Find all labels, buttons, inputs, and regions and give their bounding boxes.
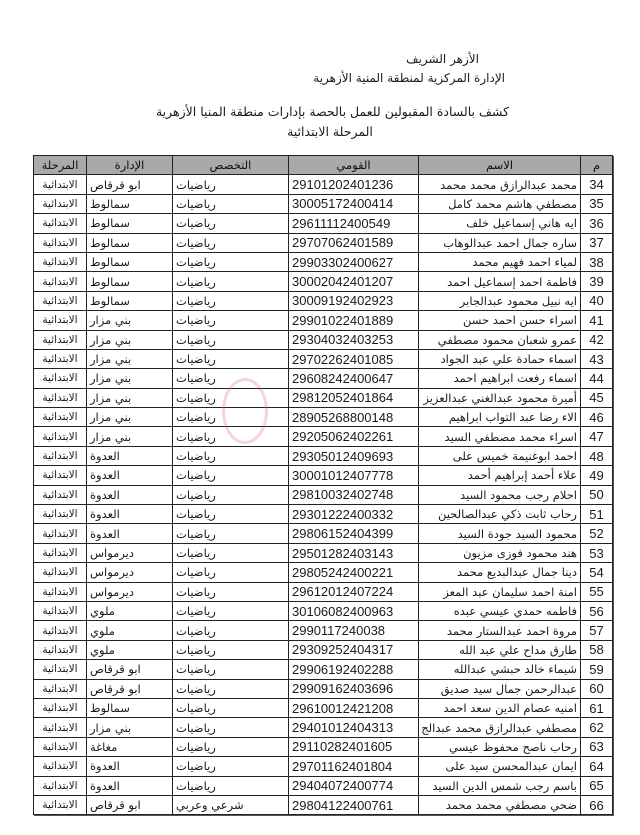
- cell-name: عبدالرحمن جمال سيد صديق: [419, 679, 581, 698]
- accepted-candidates-table: م الاسم القومي التخصص الإدارة المرحلة 34…: [33, 155, 613, 815]
- cell-name: اسماء رفعت ابراهيم احمد: [419, 369, 581, 388]
- cell-num: 52: [581, 524, 613, 543]
- table-row: 62مصطفي عبدالرازق محمد عبدالج29401012404…: [34, 718, 613, 737]
- cell-administration: بني مزار: [87, 718, 173, 737]
- cell-specialization: رياضيات: [173, 311, 289, 330]
- cell-stage: الابتدائية: [34, 369, 87, 388]
- cell-num: 35: [581, 194, 613, 213]
- cell-name: ايمان عبدالمحسن سيد على: [419, 757, 581, 776]
- cell-administration: سمالوط: [87, 233, 173, 252]
- cell-specialization: رياضيات: [173, 621, 289, 640]
- cell-stage: الابتدائية: [34, 795, 87, 814]
- cell-name: شيماء خالد حبشي عبدالله: [419, 660, 581, 679]
- cell-stage: الابتدائية: [34, 543, 87, 562]
- cell-specialization: رياضيات: [173, 272, 289, 291]
- cell-name: دينا جمال عبدالبديع محمد: [419, 563, 581, 582]
- org-department: الإدارة المركزية لمنطقة المنية الأزهرية: [313, 69, 505, 88]
- cell-num: 48: [581, 446, 613, 465]
- cell-stage: الابتدائية: [34, 718, 87, 737]
- cell-name: ساره جمال احمد عبدالوهاب: [419, 233, 581, 252]
- cell-name: محمود السيد جودة السيد: [419, 524, 581, 543]
- cell-stage: الابتدائية: [34, 252, 87, 271]
- table-row: 56فاطمه حمدي عيسي عبده30106082400963رياض…: [34, 601, 613, 620]
- cell-administration: العدوة: [87, 446, 173, 465]
- cell-specialization: رياضيات: [173, 660, 289, 679]
- cell-num: 44: [581, 369, 613, 388]
- cell-specialization: رياضيات: [173, 214, 289, 233]
- cell-specialization: رياضيات: [173, 485, 289, 504]
- cell-national-id: 29110282401605: [289, 737, 419, 756]
- cell-national-id: 30001012407778: [289, 466, 419, 485]
- table-row: 49علاء أحمد إبراهيم أحمد30001012407778ري…: [34, 466, 613, 485]
- cell-stage: الابتدائية: [34, 776, 87, 795]
- cell-name: لمياء احمد فهيم محمد: [419, 252, 581, 271]
- table-row: 39فاطمة احمد إسماعيل احمد30002042401207ر…: [34, 272, 613, 291]
- cell-num: 66: [581, 795, 613, 814]
- cell-specialization: شرعي وعربي: [173, 795, 289, 814]
- cell-name: فاطمة احمد إسماعيل احمد: [419, 272, 581, 291]
- cell-administration: العدوة: [87, 776, 173, 795]
- cell-stage: الابتدائية: [34, 175, 87, 194]
- column-header-num: م: [581, 156, 613, 175]
- column-header-stage: المرحلة: [34, 156, 87, 175]
- table-row: 66ضحي مصطفي محمد محمد29804122400761شرعي …: [34, 795, 613, 814]
- cell-specialization: رياضيات: [173, 601, 289, 620]
- cell-num: 64: [581, 757, 613, 776]
- cell-num: 36: [581, 214, 613, 233]
- cell-num: 40: [581, 291, 613, 310]
- cell-specialization: رياضيات: [173, 582, 289, 601]
- cell-num: 50: [581, 485, 613, 504]
- cell-administration: ملوي: [87, 621, 173, 640]
- cell-name: محمد عبدالرازق محمد محمد: [419, 175, 581, 194]
- table-row: 51رحاب ثابت ذكي عبدالصالحين2930122240033…: [34, 505, 613, 524]
- cell-administration: بني مزار: [87, 311, 173, 330]
- cell-administration: العدوة: [87, 757, 173, 776]
- cell-name: امنة احمد سليمان عبد المعز: [419, 582, 581, 601]
- cell-national-id: 29702262401085: [289, 349, 419, 368]
- cell-specialization: رياضيات: [173, 776, 289, 795]
- cell-national-id: 29501282403143: [289, 543, 419, 562]
- cell-num: 47: [581, 427, 613, 446]
- cell-national-id: 29804122400761: [289, 795, 419, 814]
- cell-specialization: رياضيات: [173, 718, 289, 737]
- cell-specialization: رياضيات: [173, 194, 289, 213]
- cell-stage: الابتدائية: [34, 233, 87, 252]
- cell-specialization: رياضيات: [173, 349, 289, 368]
- table-row: 61امنيه عصام الدين سعد احمد2961001242120…: [34, 698, 613, 717]
- cell-national-id: 29906192402288: [289, 660, 419, 679]
- cell-administration: مغاغة: [87, 737, 173, 756]
- cell-num: 62: [581, 718, 613, 737]
- cell-specialization: رياضيات: [173, 291, 289, 310]
- cell-administration: العدوة: [87, 466, 173, 485]
- cell-specialization: رياضيات: [173, 175, 289, 194]
- cell-stage: الابتدائية: [34, 563, 87, 582]
- cell-stage: الابتدائية: [34, 291, 87, 310]
- table-row: 65باسم رجب شمس الدين السيد29404072400774…: [34, 776, 613, 795]
- table-row: 34محمد عبدالرازق محمد محمد29101202401236…: [34, 175, 613, 194]
- cell-num: 38: [581, 252, 613, 271]
- table-row: 50احلام رجب محمود السيد29810032402748ريا…: [34, 485, 613, 504]
- cell-name: امنيه عصام الدين سعد احمد: [419, 698, 581, 717]
- cell-specialization: رياضيات: [173, 466, 289, 485]
- cell-specialization: رياضيات: [173, 330, 289, 349]
- cell-administration: بني مزار: [87, 408, 173, 427]
- cell-national-id: 29901022401889: [289, 311, 419, 330]
- cell-stage: الابتدائية: [34, 524, 87, 543]
- cell-administration: ابو قرقاص: [87, 795, 173, 814]
- cell-stage: الابتدائية: [34, 272, 87, 291]
- cell-name: مروة احمد عبدالستار محمد: [419, 621, 581, 640]
- cell-num: 45: [581, 388, 613, 407]
- cell-specialization: رياضيات: [173, 679, 289, 698]
- cell-num: 65: [581, 776, 613, 795]
- cell-num: 37: [581, 233, 613, 252]
- cell-name: احلام رجب محمود السيد: [419, 485, 581, 504]
- table-row: 53هند محمود فوزى مزيون29501282403143رياض…: [34, 543, 613, 562]
- table-row: 63رحاب ناصح محفوظ عيسي29110282401605رياض…: [34, 737, 613, 756]
- cell-national-id: 28905268800148: [289, 408, 419, 427]
- cell-stage: الابتدائية: [34, 621, 87, 640]
- cell-national-id: 29309252404317: [289, 640, 419, 659]
- cell-num: 43: [581, 349, 613, 368]
- table-row: 52محمود السيد جودة السيد29806152404399ري…: [34, 524, 613, 543]
- cell-stage: الابتدائية: [34, 466, 87, 485]
- cell-num: 55: [581, 582, 613, 601]
- cell-num: 58: [581, 640, 613, 659]
- cell-name: علاء أحمد إبراهيم أحمد: [419, 466, 581, 485]
- cell-administration: ملوي: [87, 640, 173, 659]
- cell-num: 51: [581, 505, 613, 524]
- cell-num: 41: [581, 311, 613, 330]
- cell-administration: سمالوط: [87, 214, 173, 233]
- cell-specialization: رياضيات: [173, 446, 289, 465]
- cell-national-id: 29304032403253: [289, 330, 419, 349]
- cell-num: 56: [581, 601, 613, 620]
- cell-stage: الابتدائية: [34, 679, 87, 698]
- cell-stage: الابتدائية: [34, 194, 87, 213]
- cell-name: احمد ابوغنيمة خميس على: [419, 446, 581, 465]
- table-row: 45أميرة محمود عبدالغني عبدالعزيز29812052…: [34, 388, 613, 407]
- cell-national-id: 29707062401589: [289, 233, 419, 252]
- cell-num: 46: [581, 408, 613, 427]
- cell-national-id: 29305012409693: [289, 446, 419, 465]
- cell-name: ايه هاني إسماعيل خلف: [419, 214, 581, 233]
- cell-national-id: 30009192402923: [289, 291, 419, 310]
- cell-name: رحاب ناصح محفوظ عيسي: [419, 737, 581, 756]
- table-body: 34محمد عبدالرازق محمد محمد29101202401236…: [34, 175, 613, 815]
- cell-national-id: 2990117240038: [289, 621, 419, 640]
- cell-administration: سمالوط: [87, 252, 173, 271]
- cell-specialization: رياضيات: [173, 252, 289, 271]
- cell-national-id: 30005172400414: [289, 194, 419, 213]
- cell-num: 59: [581, 660, 613, 679]
- cell-num: 57: [581, 621, 613, 640]
- cell-national-id: 29401012404313: [289, 718, 419, 737]
- cell-stage: الابتدائية: [34, 330, 87, 349]
- cell-name: ايه نبيل محمود عبدالجابر: [419, 291, 581, 310]
- cell-national-id: 29404072400774: [289, 776, 419, 795]
- cell-national-id: 29608242400647: [289, 369, 419, 388]
- table-row: 55امنة احمد سليمان عبد المعز296120124072…: [34, 582, 613, 601]
- document-title: كشف بالسادة المقبولين للعمل بالحصة بإدار…: [0, 102, 640, 142]
- cell-stage: الابتدائية: [34, 505, 87, 524]
- cell-national-id: 30106082400963: [289, 601, 419, 620]
- cell-specialization: رياضيات: [173, 427, 289, 446]
- table-row: 37ساره جمال احمد عبدالوهاب29707062401589…: [34, 233, 613, 252]
- cell-stage: الابتدائية: [34, 349, 87, 368]
- cell-name: الاء رضا عبد التواب ابراهيم: [419, 408, 581, 427]
- cell-stage: الابتدائية: [34, 737, 87, 756]
- cell-num: 34: [581, 175, 613, 194]
- cell-name: ضحي مصطفي محمد محمد: [419, 795, 581, 814]
- column-header-administration: الإدارة: [87, 156, 173, 175]
- cell-specialization: رياضيات: [173, 640, 289, 659]
- cell-specialization: رياضيات: [173, 543, 289, 562]
- cell-name: مصطفي هاشم محمد كامل: [419, 194, 581, 213]
- table-row: 38لمياء احمد فهيم محمد29903302400627رياض…: [34, 252, 613, 271]
- cell-administration: بني مزار: [87, 369, 173, 388]
- cell-name: فاطمه حمدي عيسي عبده: [419, 601, 581, 620]
- table-row: 36ايه هاني إسماعيل خلف29611112400549رياض…: [34, 214, 613, 233]
- cell-administration: بني مزار: [87, 330, 173, 349]
- cell-name: هند محمود فوزى مزيون: [419, 543, 581, 562]
- title-main: كشف بالسادة المقبولين للعمل بالحصة بإدار…: [0, 102, 640, 122]
- cell-specialization: رياضيات: [173, 563, 289, 582]
- cell-specialization: رياضيات: [173, 524, 289, 543]
- cell-administration: ابو قرقاص: [87, 175, 173, 194]
- cell-specialization: رياضيات: [173, 388, 289, 407]
- cell-national-id: 29701162401804: [289, 757, 419, 776]
- cell-administration: ملوي: [87, 601, 173, 620]
- cell-national-id: 29810032402748: [289, 485, 419, 504]
- cell-administration: العدوة: [87, 524, 173, 543]
- cell-stage: الابتدائية: [34, 446, 87, 465]
- cell-administration: سمالوط: [87, 698, 173, 717]
- table-row: 40ايه نبيل محمود عبدالجابر30009192402923…: [34, 291, 613, 310]
- cell-specialization: رياضيات: [173, 369, 289, 388]
- table-row: 57مروة احمد عبدالستار محمد2990117240038ر…: [34, 621, 613, 640]
- column-header-national-id: القومي: [289, 156, 419, 175]
- cell-stage: الابتدائية: [34, 388, 87, 407]
- cell-num: 39: [581, 272, 613, 291]
- cell-stage: الابتدائية: [34, 427, 87, 446]
- cell-num: 61: [581, 698, 613, 717]
- cell-stage: الابتدائية: [34, 485, 87, 504]
- cell-national-id: 29909162403696: [289, 679, 419, 698]
- table-row: 42عمرو شعبان محمود مصطفي29304032403253ري…: [34, 330, 613, 349]
- cell-administration: سمالوط: [87, 194, 173, 213]
- table-header-row: م الاسم القومي التخصص الإدارة المرحلة: [34, 156, 613, 175]
- cell-administration: العدوة: [87, 505, 173, 524]
- table-row: 60عبدالرحمن جمال سيد صديق29909162403696ر…: [34, 679, 613, 698]
- cell-administration: سمالوط: [87, 291, 173, 310]
- cell-national-id: 29806152404399: [289, 524, 419, 543]
- cell-administration: بني مزار: [87, 427, 173, 446]
- cell-administration: ابو قرقاص: [87, 660, 173, 679]
- cell-num: 63: [581, 737, 613, 756]
- cell-name: أميرة محمود عبدالغني عبدالعزيز: [419, 388, 581, 407]
- cell-administration: العدوة: [87, 485, 173, 504]
- cell-specialization: رياضيات: [173, 698, 289, 717]
- column-header-name: الاسم: [419, 156, 581, 175]
- cell-name: طارق مداح علي عبد الله: [419, 640, 581, 659]
- title-stage: المرحلة الابتدائية: [0, 122, 640, 142]
- cell-name: رحاب ثابت ذكي عبدالصالحين: [419, 505, 581, 524]
- cell-national-id: 29812052401864: [289, 388, 419, 407]
- table-row: 47اسراء محمد مصطفي السيد29205062402261ري…: [34, 427, 613, 446]
- cell-num: 60: [581, 679, 613, 698]
- cell-stage: الابتدائية: [34, 698, 87, 717]
- cell-num: 42: [581, 330, 613, 349]
- table-row: 35مصطفي هاشم محمد كامل30005172400414رياض…: [34, 194, 613, 213]
- cell-administration: ابو قرقاص: [87, 679, 173, 698]
- table-row: 48احمد ابوغنيمة خميس على29305012409693ري…: [34, 446, 613, 465]
- cell-administration: سمالوط: [87, 272, 173, 291]
- cell-name: اسراء محمد مصطفي السيد: [419, 427, 581, 446]
- table-row: 64ايمان عبدالمحسن سيد على29701162401804ر…: [34, 757, 613, 776]
- table-row: 59شيماء خالد حبشي عبدالله29906192402288ر…: [34, 660, 613, 679]
- column-header-specialization: التخصص: [173, 156, 289, 175]
- table-row: 44اسماء رفعت ابراهيم احمد29608242400647ر…: [34, 369, 613, 388]
- cell-stage: الابتدائية: [34, 582, 87, 601]
- cell-administration: ديرمواس: [87, 543, 173, 562]
- cell-name: عمرو شعبان محمود مصطفي: [419, 330, 581, 349]
- cell-national-id: 29301222400332: [289, 505, 419, 524]
- cell-stage: الابتدائية: [34, 311, 87, 330]
- cell-stage: الابتدائية: [34, 214, 87, 233]
- cell-num: 53: [581, 543, 613, 562]
- cell-national-id: 30002042401207: [289, 272, 419, 291]
- table-row: 54دينا جمال عبدالبديع محمد29805242400221…: [34, 563, 613, 582]
- cell-name: باسم رجب شمس الدين السيد: [419, 776, 581, 795]
- cell-national-id: 29610012421208: [289, 698, 419, 717]
- cell-national-id: 29205062402261: [289, 427, 419, 446]
- cell-name: مصطفي عبدالرازق محمد عبدالج: [419, 718, 581, 737]
- cell-stage: الابتدائية: [34, 757, 87, 776]
- cell-name: اسراء حسن احمد حسن: [419, 311, 581, 330]
- table-row: 46الاء رضا عبد التواب ابراهيم28905268800…: [34, 408, 613, 427]
- organization-header: الأزهر الشريف الإدارة المركزية لمنطقة ال…: [313, 50, 505, 88]
- cell-national-id: 29903302400627: [289, 252, 419, 271]
- cell-administration: ديرمواس: [87, 563, 173, 582]
- cell-national-id: 29805242400221: [289, 563, 419, 582]
- cell-administration: بني مزار: [87, 388, 173, 407]
- cell-specialization: رياضيات: [173, 233, 289, 252]
- cell-stage: الابتدائية: [34, 660, 87, 679]
- cell-national-id: 29101202401236: [289, 175, 419, 194]
- cell-administration: بني مزار: [87, 349, 173, 368]
- cell-stage: الابتدائية: [34, 601, 87, 620]
- cell-specialization: رياضيات: [173, 737, 289, 756]
- cell-specialization: رياضيات: [173, 408, 289, 427]
- cell-stage: الابتدائية: [34, 408, 87, 427]
- cell-num: 49: [581, 466, 613, 485]
- cell-specialization: رياضيات: [173, 757, 289, 776]
- table-row: 41اسراء حسن احمد حسن29901022401889رياضيا…: [34, 311, 613, 330]
- cell-stage: الابتدائية: [34, 640, 87, 659]
- cell-administration: ديرمواس: [87, 582, 173, 601]
- cell-national-id: 29612012407224: [289, 582, 419, 601]
- table-row: 43اسماء حمادة علي عبد الجواد297022624010…: [34, 349, 613, 368]
- cell-name: اسماء حمادة علي عبد الجواد: [419, 349, 581, 368]
- cell-num: 54: [581, 563, 613, 582]
- cell-specialization: رياضيات: [173, 505, 289, 524]
- table-row: 58طارق مداح علي عبد الله29309252404317ري…: [34, 640, 613, 659]
- cell-national-id: 29611112400549: [289, 214, 419, 233]
- org-name: الأزهر الشريف: [313, 50, 505, 69]
